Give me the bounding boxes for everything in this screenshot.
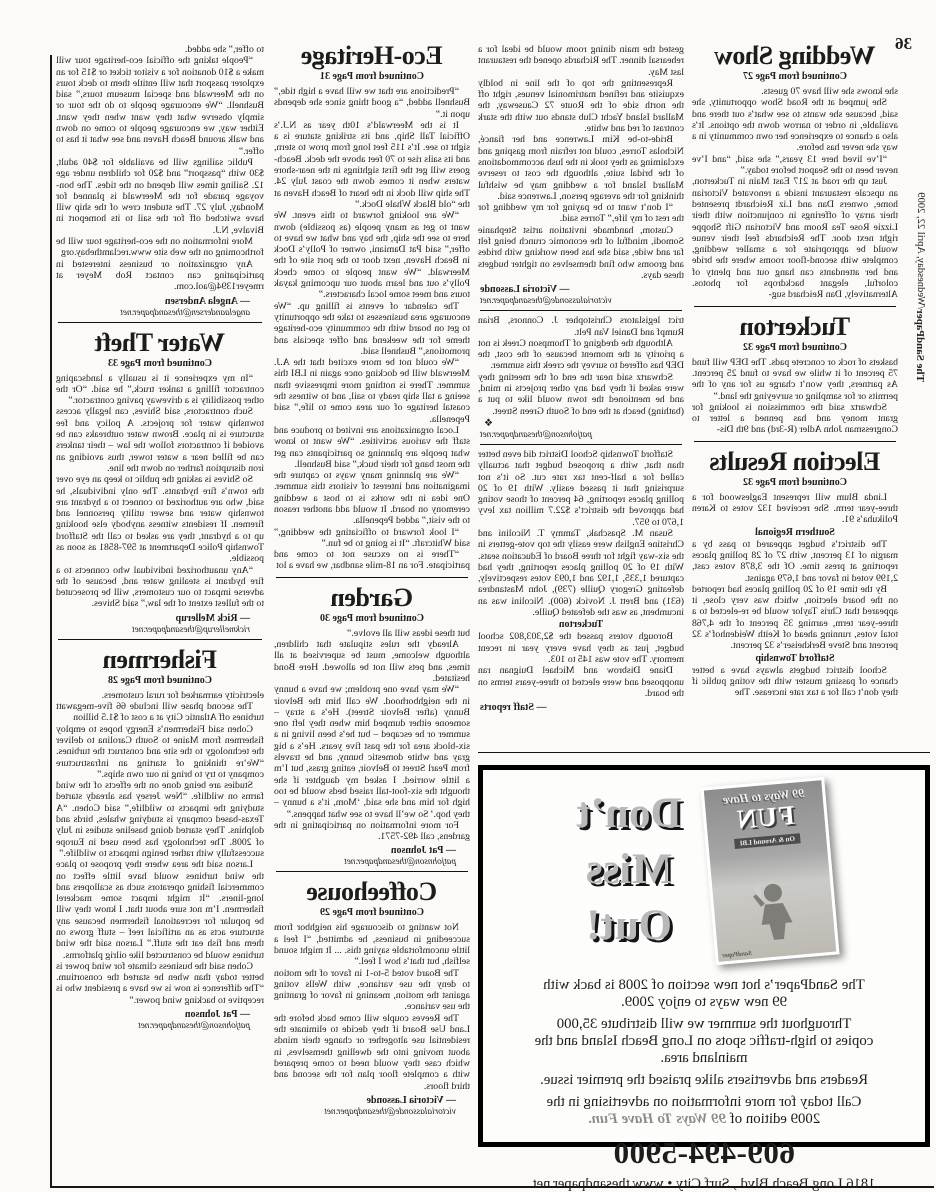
ad-phone-number: 609-494-5900 [491,1135,917,1171]
section-divider [276,577,468,578]
house-ad-dont-miss-out: 99 Ways to Have FUN On & Around LBI Sand… [478,765,930,1147]
section-divider [694,441,896,442]
newspaper-scan: 36 The SandPaper/Wednesday, April 22, 20… [0,0,936,1192]
email-victoria-lassonde: victorialassonde@thesandpaper.net [478,295,684,305]
continued-label-eco-heritage: Continued from Page 31 [274,71,470,82]
section-divider [480,444,682,445]
masthead-paper-name: The SandPaper [914,309,926,382]
byline-angela-andersen: — Angela Andersen [56,296,264,307]
article-body-coffeehouse: Not wanting to discourage his neighbor f… [274,922,470,1091]
ad-headline: Don’t Miss Out! [576,786,681,954]
newspaper-page-mirrored: 36 The SandPaper/Wednesday, April 22, 20… [0,0,936,1192]
article-body-wedding-show: she knows she will have 70 guests.She ju… [692,86,898,301]
column-1: Wedding Show Continued from Page 27 she … [692,36,898,746]
water-theft-signoff: — Rick Mellerup rickmellerup@thesandpape… [56,613,264,634]
masthead-vertical: The SandPaper/Wednesday, April 22, 2009 [914,82,926,382]
byline-victoria-lassonde-coffeehouse: — Victoria Lassonde [274,1095,470,1106]
section-divider [58,322,262,323]
headline-fishermen: Fishermen [56,646,264,674]
headline-coffeehouse: Coffeehouse [274,878,470,906]
headline-garden: Garden [274,584,470,612]
email-pat-johnson: patjohnson@thesandpaper.net [478,429,684,439]
subhead-tuckerton-results: Tuckerton [478,619,684,630]
ad-line-2: Throughout the summer we will distribute… [491,1016,917,1067]
byline-staff-reports: — Staff reports [478,702,684,713]
continued-label-fishermen: Continued from Page 28 [56,675,264,686]
masthead-date: /Wednesday, April 22, 2009 [915,192,926,309]
section-divider [694,306,896,307]
byline-rick-mellerup: — Rick Mellerup [56,613,264,624]
article-body-eco-heritage-continuation: to offer,” she added.“People taking the … [56,44,264,293]
eco-heritage-signoff: — Angela Andersen angelaandersen@thesand… [56,296,264,317]
election-signoff: — Staff reports [478,702,684,713]
ad-top-row: 99 Ways to Have FUN On & Around LBI Sand… [491,774,917,972]
wedding-show-signoff: — Victoria Lassonde victorialassonde@the… [478,284,684,305]
child-on-beach-figure-icon [741,876,811,951]
article-body-election-intro: Linda Blum will represent Eagleswood for… [692,492,898,526]
headline-eco-heritage: Eco-Heritage [274,42,470,70]
article-body-fishermen: electricity earmarked for rural customer… [56,690,264,1006]
continued-label-wedding-show: Continued from Page 27 [692,71,898,82]
article-body-eco-heritage: “Predictions are that we will have a hig… [274,86,470,572]
column-3: Eco-Heritage Continued from Page 31 “Pre… [274,36,470,1174]
tuckerton-signoff: patjohnson@thesandpaper.net [478,429,684,439]
headline-election-results: Election Results [692,448,898,476]
section-divider [58,639,262,640]
headline-tuckerton: Tuckerton [692,313,898,341]
fishermen-signoff: — Pat Johnson patjohnson@thesandpaper.ne… [56,1009,264,1030]
ad-line-1: The SandPaper’s hot new section of 2008 … [491,977,917,1011]
ad-line-3: Readers and advertisers alike praised th… [491,1072,917,1089]
email-pat-johnson-fishermen: patjohnson@thesandpaper.net [56,1020,264,1030]
continued-label-coffeehouse: Continued from Page 29 [274,907,470,918]
columns-bottom-rule [478,752,930,753]
article-body-election-tuckerton: Borough voters passed the $2,303,802 sch… [478,631,684,699]
continued-label-water-theft: Continued from Page 33 [56,358,264,369]
byline-pat-johnson-garden: — Pat Johnson [274,845,470,856]
section-divider [480,310,682,311]
coffeehouse-signoff: — Victoria Lassonde victorialassonde@the… [274,1095,470,1116]
garden-signoff: — Pat Johnson patjohnson@thesandpaper.ne… [274,845,470,866]
email-rick-mellerup: rickmellerup@thesandpaper.net [56,624,264,634]
ad-section-title: 99 Ways To Have Fun. [588,1111,726,1127]
email-victoria-lassonde-coffeehouse: victorialassonde@thesandpaper.net [274,1106,470,1116]
column-4: to offer,” she added.“People taking the … [56,36,264,1174]
article-body-wedding-show-continuation: gested the main dining room would be ide… [478,44,684,281]
headline-water-theft: Water Theft [56,329,264,357]
continued-label-garden: Continued from Page 30 [274,613,470,624]
continued-label-tuckerton: Continued from Page 32 [692,342,898,353]
article-endmark: ❖ [478,418,684,429]
article-body-garden: but these ideas will all evolve.”Already… [274,628,470,843]
article-body-water-theft: “In my experience it is usually a landsc… [56,373,264,610]
magazine-cover-photo: 99 Ways to Have FUN On & Around LBI Sand… [700,777,839,965]
byline-pat-johnson-fishermen: — Pat Johnson [56,1009,264,1020]
subhead-stafford-township: Stafford Township [692,653,898,664]
cover-titles: 99 Ways to Have FUN On & Around LBI [703,780,826,853]
continued-label-election: Continued from Page 32 [692,477,898,488]
article-body-tuckerton-continuation: trict legislators Christopher J. Connors… [478,315,684,417]
ad-address-line: 1816 Long Beach Blvd., Surf City • www.t… [491,1176,917,1192]
email-angela-andersen: angelaandersen@thesandpaper.net [56,307,264,317]
article-body-election-continuation: Stafford Township School District did ev… [478,449,684,618]
ad-call-to-action: Call today for more information on adver… [491,1094,917,1128]
page-gutter-edge-line [50,55,52,1186]
byline-victoria-lassonde: — Victoria Lassonde [478,284,684,295]
column-2: gested the main dining room would be ide… [478,36,684,746]
headline-wedding-show: Wedding Show [692,42,898,70]
section-divider [276,871,468,872]
email-pat-johnson-garden: patjohnson@thesandpaper.net [274,856,470,866]
subhead-southern-regional: Southern Regional [692,527,898,538]
article-body-tuckerton: baskets of rock or concrete pads. The DE… [692,357,898,436]
article-body-election-southern: The district’s budget appeared to pass b… [692,539,898,652]
article-body-election-stafford-intro: School district budgets always have a be… [692,665,898,699]
